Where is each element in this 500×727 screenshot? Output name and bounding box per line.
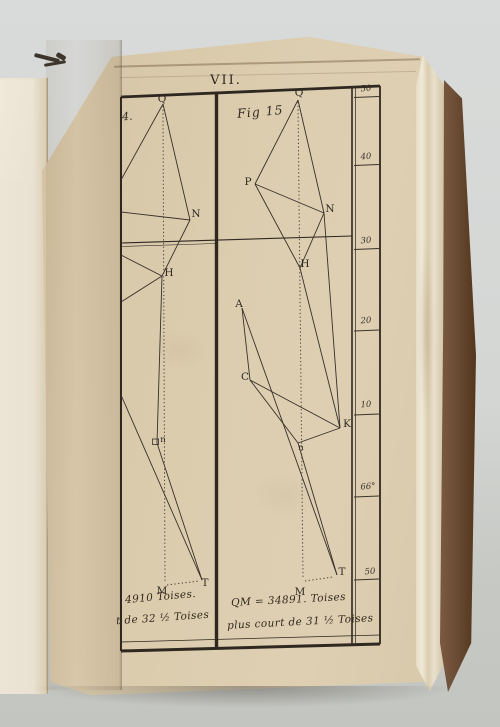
scale-ticks bbox=[354, 97, 379, 581]
fig-right-point-label-A: A bbox=[235, 298, 243, 310]
fig-left-point-label-H: H bbox=[164, 267, 173, 279]
scale-label-10: 10 bbox=[360, 400, 371, 411]
scale-label-30: 30 bbox=[360, 236, 371, 247]
figure-right-lines bbox=[242, 100, 340, 575]
fig-right-point-label-N: N bbox=[325, 203, 334, 215]
figure-left-dotted bbox=[163, 106, 199, 585]
plate-number: VII. bbox=[203, 73, 249, 88]
fig-right-point-label-Q: Q bbox=[295, 87, 304, 99]
figure-right-dotted bbox=[298, 102, 333, 581]
scale-label-20: 20 bbox=[360, 316, 371, 327]
figure-left-lines bbox=[121, 104, 202, 580]
fig-left-point-label-T: T bbox=[201, 577, 208, 589]
fig-right-point-label-n: n bbox=[298, 443, 303, 453]
fig-right-point-label-C: C bbox=[241, 371, 249, 383]
fig-right-point-label-K: K bbox=[343, 418, 351, 430]
fig-right-point-label-P: P bbox=[244, 176, 251, 188]
fig-left-point-label-N: N bbox=[191, 208, 200, 220]
scale-label-40: 40 bbox=[360, 152, 371, 163]
scale-label-50: 50 bbox=[364, 567, 375, 578]
fig-left-point-label-n: n bbox=[160, 435, 165, 445]
fig-right-point-label-T: T bbox=[338, 566, 345, 578]
fig-left-point-label-Q: Q bbox=[158, 93, 167, 105]
fig-right-point-label-H: H bbox=[300, 258, 309, 270]
figure-left-label: 4. bbox=[122, 110, 133, 124]
photo-scene: VII. 4. Fig 15 QNHnMTQPNHACKnMT 50403020… bbox=[0, 0, 500, 727]
scale-label-66°: 66° bbox=[360, 481, 376, 492]
scale-label-50: 50 bbox=[360, 84, 371, 95]
